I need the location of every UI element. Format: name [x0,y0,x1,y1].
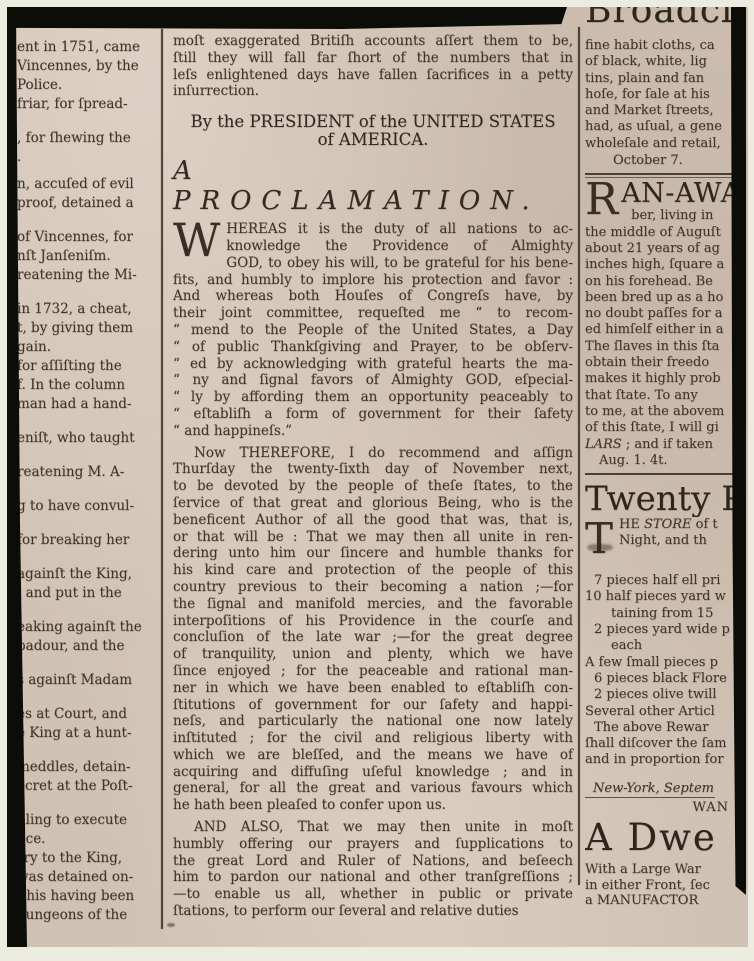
intro-paragraph: moſt exaggerated Britiſh accounts aſſert… [173,33,573,100]
text-line: reatening the Mi- [17,266,160,285]
dropcap-r: R [585,180,621,218]
text-line: fine habit cloths, ca [585,38,733,54]
text-line: eaking againſt the [17,618,160,637]
text-line: 2 pieces olive twill [594,687,733,703]
text-line: of black, white, lig [585,54,733,70]
text-line: inſtituted ; for the civil and religious… [173,730,573,747]
text-line: g to have convul- [17,497,160,516]
text-line: Night, and th [619,533,733,549]
text-line: knowledge the Providence of Almighty [173,238,573,255]
text-line: , and put in the [17,584,160,603]
text-line: on his forehead. Be [585,274,733,290]
text-line: that ſtate. To any [585,388,733,404]
text-line: the ſignal and manifold mercies, and the… [173,596,573,613]
text-line: ſince enjoyed ; for the peaceable and ra… [173,663,573,680]
text-line: of Vincennes, for [17,228,160,247]
text-line: fits, and humbly to implore his protecti… [173,272,573,289]
twenty-pounds-heading: Twenty P [585,481,733,517]
scan-edge-top [7,7,567,29]
text-line: general, for all the great and various f… [173,780,573,797]
text-line: f his having been [17,887,160,906]
text-line: acquiring and diffuſing uſeful knowledge… [173,764,573,781]
now-therefore-paragraph: Now THEREFORE, I do recommend and aſſign… [173,445,573,815]
text-line: to me, at the abovem [585,404,733,420]
store-he: HE [619,517,644,532]
text-line: and Market ſtreets, [585,103,733,119]
text-line: of tranquility, union and plenty, which … [173,646,573,663]
ran-away-ad: R AN-AWA ber, living in the middle of Au… [585,180,733,469]
broadcloth-ad-body: fine habit cloths, caof black, white, li… [585,38,733,152]
lars-italic: LARS [585,437,622,452]
proclamation-title: A PROCLAMATION. [173,156,573,216]
wanted-label: WAN [585,800,733,816]
text-line: moſt exaggerated Britiſh accounts aſſert… [173,33,573,50]
text-line: ſtill they will fall far ſhort of the nu… [173,50,573,67]
text-line: s againſt Madam [17,671,160,690]
text-line: in either Front, ſec [585,878,733,894]
text-line: Thurſday the twenty-ſixth day of Novembe… [173,461,573,478]
text-line: or that will be : That we may then all u… [173,529,573,546]
text-line: —to enable us all, whether in public or … [173,886,573,903]
text-line: es at Court, and [17,705,160,724]
text-line-lars: LARS ; and if taken [585,437,733,453]
text-line: HEREAS it is the duty of all nations to … [173,221,573,238]
store-italic: STORE [644,517,692,532]
text-line: leſs enlightened days have fallen ſacrif… [173,67,573,84]
lars-rest: ; and if taken [622,437,713,452]
text-line: A few ſmall pieces p [585,655,733,671]
text-line: ſervice of that great and glorious Being… [173,495,573,512]
text-line: e King at a hunt- [17,724,160,743]
text-line: friar, for ſpread- [17,95,160,114]
text-line: AND ALSO, That we may then unite in moſt [182,819,573,836]
text-line: “ of public Thankſgiving and Prayer, to … [173,339,573,356]
text-line: meddles, detain- [17,758,160,777]
text-line: The ſlaves in this ſta [585,339,733,355]
dropcap-w: W [173,221,226,257]
store-opening: T HE STORE of t Night, and th [585,517,733,559]
right-column: Broadcloth fine habit cloths, caof black… [585,7,733,909]
text-line: makes it highly prob [585,371,733,387]
left-column: ent in 1751, cameVincennes, by thePolice… [17,38,160,925]
text-line: ber, living in [621,208,733,224]
text-line: ſtations, to perform our ſeveral and rel… [173,903,573,920]
middle-column: moſt exaggerated Britiſh accounts aſſert… [173,33,573,920]
text-line: the middle of Auguſt [585,225,733,241]
text-line: wholeſale and retail, [585,136,733,152]
text-line: “ and happineſs.” [173,423,573,440]
text-line: “ ly by affording them an opportunity pe… [173,389,573,406]
text-line: . [17,148,160,167]
text-line: to be devoted by the people of theſe ſta… [173,478,573,495]
text-line: 10 half pieces yard w [585,589,733,605]
ink-mark [167,923,175,927]
text-line: about 21 years of ag [585,241,733,257]
text-line: f. In the column [17,376,160,395]
text-line: neſs, and particularly the national one … [173,713,573,730]
broadcloth-ad-heading: Broadcloth [585,7,733,29]
text-line: for aſſiſting the [17,357,160,376]
store-rest: of t [692,517,718,532]
text-line: illing to execute [17,811,160,830]
text-line: 2 pieces yard wide p [594,622,733,638]
text-line: their joint committee, requeſted me “ to… [173,305,573,322]
text-line: proof, detained a [17,194,160,213]
text-line: eniſt, who taught [17,429,160,448]
scan-edge-right [731,7,746,895]
text-line: ſtitutions of government for our ſafety … [173,697,573,714]
screenshot-frame: ent in 1751, cameVincennes, by thePolice… [0,0,754,961]
text-line: was detained on- [17,868,160,887]
text-line: his kind care and protection of the peop… [173,562,573,579]
text-line: been bred up as a ho [585,290,733,306]
text-line: , for ſhewing the [17,129,160,148]
text-line: n, accuſed of evil [17,175,160,194]
text-line: rry to the King, [17,849,160,868]
ink-smudge [587,544,613,551]
text-line: “ ed by acknowledging with grateful hear… [173,356,573,373]
text-line: of this ſtate, I will gi [585,420,733,436]
text-line: for breaking her [17,531,160,550]
ran-away-body: the middle of Auguſtabout 21 years of ag… [585,225,733,437]
text-line: which we are bleſſed, and the means we h… [173,747,573,764]
text-line: The above Rewar [594,720,733,736]
text-line: him to pardon our national and other tra… [173,869,573,886]
text-line: ſhall diſcover the ſam [585,736,733,752]
dwelling-heading: A Dwe [585,818,733,858]
whereas-lines: HEREAS it is the duty of all nations to … [173,221,573,439]
byline-line-1: By the PRESIDENT of the UNITED STATES [173,113,573,131]
text-line: againſt the King, [17,565,160,584]
text-line: GOD, to obey his will, to be grateful fo… [173,255,573,272]
broadcloth-ad-date: October 7. [585,153,733,169]
text-line: Now THEREFORE, I do recommend and aſſign [182,445,573,462]
text-line: Several other Articl [585,704,733,720]
dwelling-body: With a Large Warin either Front, ſeca MA… [585,862,733,909]
text-line: 6 pieces black Flore [594,671,733,687]
text-line: man had a hand- [17,395,160,414]
text-line: and in proportion for [585,752,733,768]
text-line: padour, and the [17,637,160,656]
text-line: humbly offering our prayers and ſupplica… [173,836,573,853]
text-line: concluſion of the late war ;—for the gre… [173,629,573,646]
text-line: “ eſtabliſh a form of government for the… [173,406,573,423]
text-line: interpoſitions of his Providence in the … [173,613,573,630]
text-line: gain. [17,338,160,357]
byline-line-2: of AMERICA. [173,131,573,149]
column-rule-right [578,27,580,885]
text-line: hoſe, for ſale at his [585,87,733,103]
text-line: t, by giving them [17,319,160,338]
new-york-dateline: New-York, Septem [585,781,715,798]
text-line: obtain their freedo [585,355,733,371]
text-line: ent in 1751, came [17,38,160,57]
proclamation-byline: By the PRESIDENT of the UNITED STATES of… [173,113,573,149]
text-line: ed himſelf either in a [585,322,733,338]
text-line: ner in which we have been enabled to eſt… [173,680,573,697]
goods-list: 7 pieces half ell pri10 half pieces yard… [585,573,733,769]
text-line: taining from 15 [611,606,733,622]
text-line: And whereas both Houſes of Congreſs have… [173,288,573,305]
text-line: ecret at the Poſt- [17,777,160,796]
text-line: the great Lord and Ruler of Nations, and… [173,853,573,870]
dropcap-t: T [585,517,619,559]
text-line: dungeons of the [17,906,160,925]
text-line: lice. [17,830,160,849]
text-line: inches high, ſquare a [585,257,733,273]
column-rule-left [161,29,163,929]
text-line: he hath been pleaſed to confer upon us. [173,797,573,814]
newspaper-page: ent in 1751, cameVincennes, by thePolice… [7,7,748,947]
text-line: a MANUFACTOR [585,893,733,909]
whereas-paragraph: W HEREAS it is the duty of all nations t… [173,221,573,439]
section-rule [585,473,735,475]
text-line: inſurrection. [173,83,573,100]
text-line: beneficent Author of all the good that w… [173,512,573,529]
text-line: With a Large War [585,862,733,878]
text-line: each [611,638,733,654]
text-line: tins, plain and fan [585,71,733,87]
text-line: dering unto him our ſincere and humble t… [173,545,573,562]
text-line: “ mend to the People of the United State… [173,322,573,339]
text-line: Police. [17,76,160,95]
and-also-paragraph: AND ALSO, That we may then unite in moſt… [173,819,573,920]
text-line: 7 pieces half ell pri [594,573,733,589]
text-line: Vincennes, by the [17,57,160,76]
text-line: in 1732, a cheat, [17,300,160,319]
text-line: nſt Janſeniſm. [17,247,160,266]
ran-away-dateline: Aug. 1. 4t. [585,453,733,469]
text-line: country previous to their becoming a nat… [173,579,573,596]
text-line: “ ny and ſignal favors of Almighty GOD, … [173,372,573,389]
text-line: reatening M. A- [17,463,160,482]
ran-away-heading: AN-AWA [621,180,733,208]
text-line: HE STORE of t [619,517,733,533]
text-line: no doubt paſſes for a [585,306,733,322]
text-line: had, as uſual, a gene [585,119,733,135]
